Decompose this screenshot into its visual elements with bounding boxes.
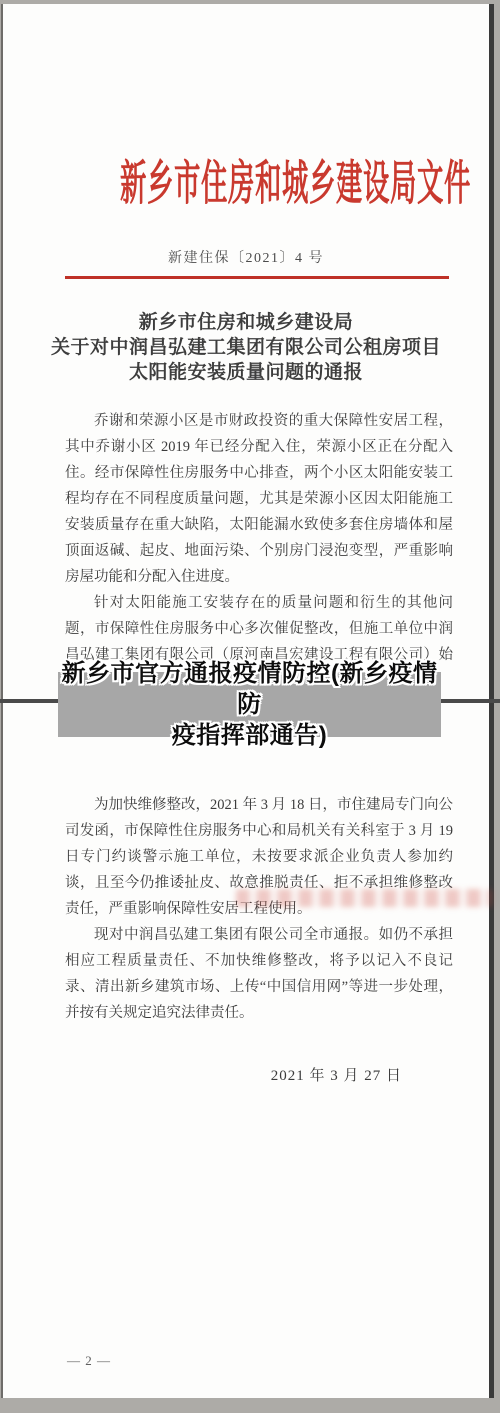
document-title-line-1: 新乡市住房和城乡建设局 <box>3 310 489 335</box>
issue-date: 2021 年 3 月 27 日 <box>271 1064 402 1085</box>
overlay-caption-line-1: 新乡市官方通报疫情防控(新乡疫情防 <box>58 658 441 720</box>
page2-paragraph-2: 现对中润昌弘建工集团有限公司全市通报。如仍不承担相应工程质量责任、不加快维修整改… <box>65 922 453 1026</box>
page2-body: 为加快维修整改，2021 年 3 月 18 日，市住建局专门向公司发函，市保障性… <box>65 792 453 1026</box>
overlay-caption-line-2: 疫指挥部通告) <box>58 720 441 751</box>
document-title-line-2: 关于对中润昌弘建工集团有限公司公租房项目 <box>3 335 489 360</box>
page2-page-number: — 2 — <box>67 1353 111 1369</box>
page1-body: 乔谢和荣源小区是市财政投资的重大保障性安居工程，其中乔谢小区 2019 年已经分… <box>65 408 453 694</box>
agency-header: 新乡市住房和城乡建设局文件 <box>3 147 489 211</box>
document-title: 新乡市住房和城乡建设局 关于对中润昌弘建工集团有限公司公租房项目 太阳能安装质量… <box>3 310 489 385</box>
document-number: 新建住保〔2021〕4 号 <box>3 247 489 267</box>
screenshot-canvas: 新乡市住房和城乡建设局文件 新建住保〔2021〕4 号 新乡市住房和城乡建设局 … <box>0 0 500 1413</box>
overlay-caption: 新乡市官方通报疫情防控(新乡疫情防 疫指挥部通告) <box>58 672 441 737</box>
red-divider-rule <box>65 276 449 279</box>
agency-header-text: 新乡市住房和城乡建设局文件 <box>120 144 471 213</box>
page1-paragraph-1: 乔谢和荣源小区是市财政投资的重大保障性安居工程，其中乔谢小区 2019 年已经分… <box>65 408 453 590</box>
red-stamp-ghost <box>236 889 492 907</box>
document-title-line-3: 太阳能安装质量问题的通报 <box>3 360 489 385</box>
